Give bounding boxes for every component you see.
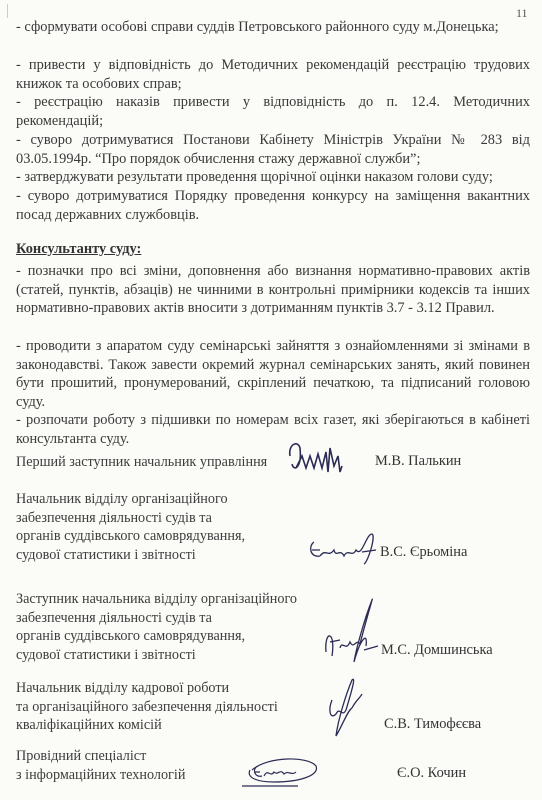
section-heading: Консультанту суду: [16,241,141,258]
title-line: судової статистики і звітності [16,646,297,665]
title-line: Начальник відділу організаційного [16,490,245,509]
signature-image [284,438,364,482]
consultant-item: - позначки про всі зміни, доповнення або… [16,262,530,318]
signature-image [320,590,386,670]
instruction-item: - сформувати особові справи суддів Петро… [16,18,530,37]
title-line: Провідний спеціаліст [16,747,185,766]
signatory-name: М.С. Домшинська [381,642,493,659]
scan-margin-mark [7,4,8,18]
instruction-item: - реєстрацію наказів привести у відповід… [16,93,530,130]
signatory-name: В.С. Єрьоміна [380,544,467,561]
title-line: кваліфікаційних комісій [16,716,278,735]
signature-image [322,670,368,740]
title-line: Начальник відділу кадрової роботи [16,679,278,698]
title-line: забезпечення діяльності судів та [16,509,245,528]
signature-image [238,752,322,788]
signatory-name: Є.О. Кочин [397,765,466,782]
signatory-title: Провідний спеціаліст з інформаційних тех… [16,747,185,784]
title-line: з інформаційних технологій [16,766,185,785]
signatory-name: М.В. Палькин [375,453,461,470]
title-line: судової статистики і звітності [16,546,245,565]
title-line: та організаційного забезпечення діяльнос… [16,698,278,717]
title-line: забезпечення діяльності судів та [16,609,297,628]
instruction-item: - затверджувати результати проведення що… [16,168,530,187]
title-line: Заступник начальника відділу організацій… [16,590,297,609]
consultant-item: - розпочати роботу з підшивки по номерам… [16,411,530,448]
title-line: органів суддівського самоврядування, [16,527,245,546]
signatory-title: Начальник відділу кадрової роботи та орг… [16,679,278,735]
signatory-title: Начальник відділу організаційного забезп… [16,490,245,564]
signatory-title: Заступник начальника відділу організацій… [16,590,297,664]
instruction-item: - суворо дотримуватися Порядку проведенн… [16,187,530,224]
instruction-item: - суворо дотримуватися Постанови Кабінет… [16,131,530,168]
signatory-name: С.В. Тимофєєва [384,716,481,733]
consultant-item: - проводити з апаратом суду семінарські … [16,337,530,411]
signatory-title: Перший заступник начальник управління [16,453,267,472]
instruction-item: - привести у відповідність до Методичних… [16,56,530,93]
title-line: органів суддівського самоврядування, [16,627,297,646]
signature-image [306,528,382,568]
